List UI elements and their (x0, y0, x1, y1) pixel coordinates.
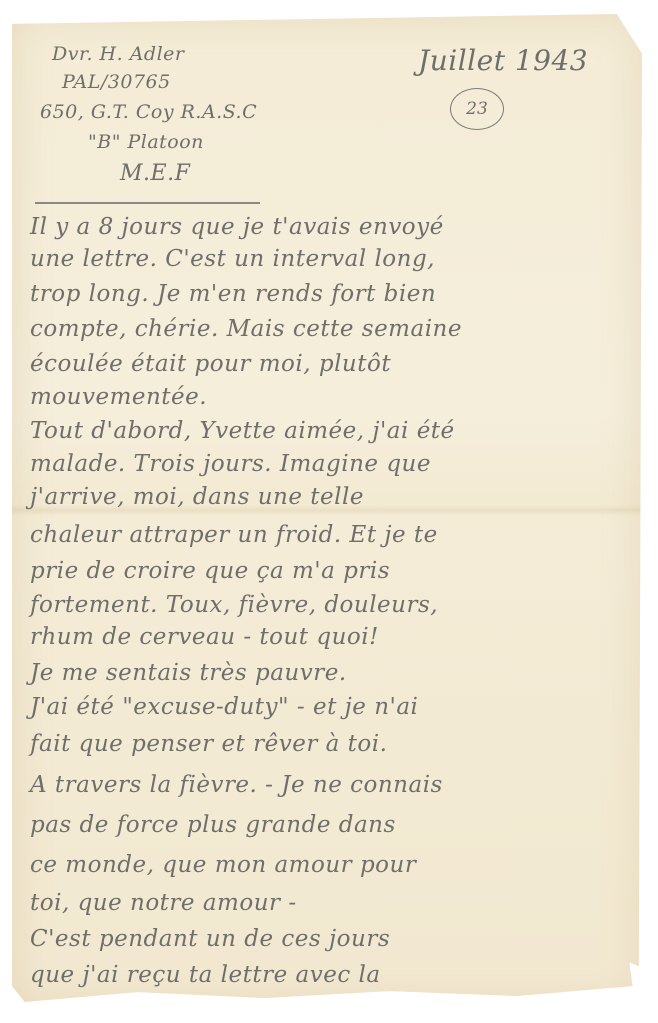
sender-force: M.E.F (120, 160, 190, 188)
body-line: Tout d'abord, Yvette aimée, j'ai été (30, 418, 455, 444)
body-line: trop long. Je m'en rends fort bien (30, 281, 436, 307)
body-line: C'est pendant un de ces jours (30, 926, 390, 952)
sender-platoon: "B" Platoon (88, 128, 204, 156)
body-line: J'ai été "excuse-duty" - et je n'ai (30, 694, 418, 720)
body-line: chaleur attraper un froid. Et je te (30, 522, 438, 548)
body-line: mouvementée. (30, 384, 207, 410)
body-line: écoulée était pour moi, plutôt (30, 351, 391, 377)
sender-service-number: PAL/30765 (62, 68, 171, 96)
header-divider (35, 202, 260, 204)
body-line: Je me sentais très pauvre. (30, 660, 347, 686)
body-line: pas de force plus grande dans (30, 812, 396, 838)
body-line: rhum de cerveau - tout quoi! (30, 624, 379, 650)
page-number: 23 (450, 88, 504, 130)
body-line: compte, chérie. Mais cette semaine (30, 316, 462, 342)
body-line: que j'ai reçu ta lettre avec la (30, 962, 381, 988)
body-line: j'arrive, moi, dans une telle (30, 484, 364, 510)
body-line: prie de croire que ça m'a pris (30, 558, 390, 584)
body-line: Il y a 8 jours que je t'avais envoyé (30, 214, 444, 240)
sender-name: Dvr. H. Adler (52, 40, 184, 68)
body-line: A travers la fièvre. - Je ne connais (30, 772, 443, 798)
body-line: toi, que notre amour - (30, 890, 297, 916)
letter-date: Juillet 1943 (418, 44, 588, 77)
body-line: ce monde, que mon amour pour (30, 852, 416, 878)
body-line: malade. Trois jours. Imagine que (30, 451, 431, 477)
body-line: fait que penser et rêver à toi. (30, 731, 387, 757)
body-line: une lettre. C'est un interval long, (30, 246, 435, 272)
body-line: fortement. Toux, fièvre, douleurs, (30, 592, 438, 618)
sender-unit: 650, G.T. Coy R.A.S.C (40, 98, 257, 126)
